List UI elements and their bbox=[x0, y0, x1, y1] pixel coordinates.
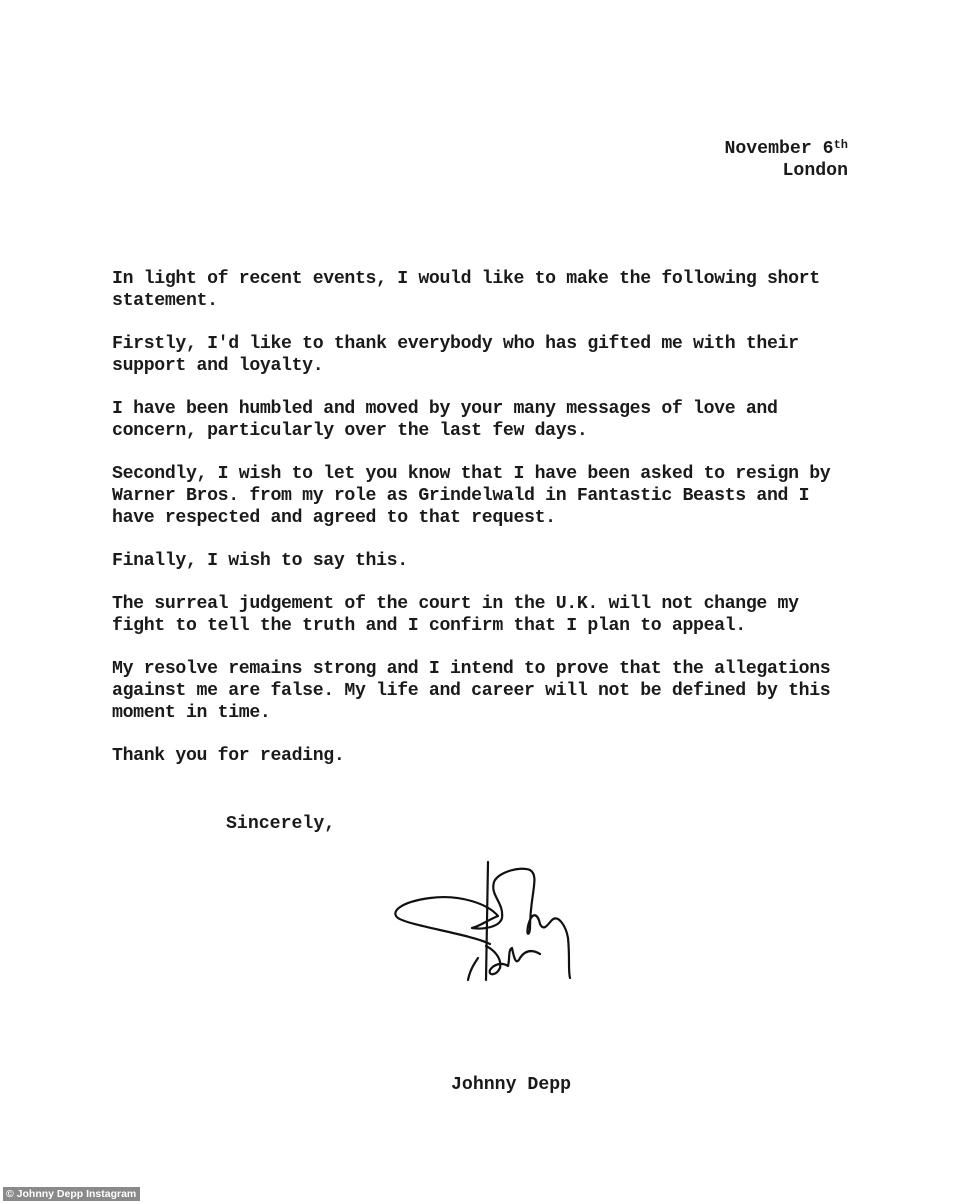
paragraph: Finally, I wish to say this. bbox=[112, 550, 852, 572]
letter-page: November 6th London In light of recent e… bbox=[0, 0, 962, 1203]
paragraph: Secondly, I wish to let you know that I … bbox=[112, 463, 852, 529]
paragraph: Firstly, I'd like to thank everybody who… bbox=[112, 333, 852, 377]
paragraph: My resolve remains strong and I intend t… bbox=[112, 658, 852, 724]
signature-icon bbox=[390, 858, 580, 988]
letter-header: November 6th London bbox=[724, 138, 848, 182]
signer-name: Johnny Depp bbox=[451, 1074, 571, 1096]
letter-body: In light of recent events, I would like … bbox=[112, 268, 852, 788]
date-text: November 6 bbox=[724, 139, 833, 159]
paragraph: I have been humbled and moved by your ma… bbox=[112, 398, 852, 442]
photo-credit: © Johnny Depp Instagram bbox=[3, 1187, 140, 1201]
closing: Sincerely, bbox=[226, 813, 335, 835]
paragraph: Thank you for reading. bbox=[112, 745, 852, 767]
paragraph: In light of recent events, I would like … bbox=[112, 268, 852, 312]
date-suffix: th bbox=[834, 138, 848, 152]
letter-date: November 6th bbox=[724, 138, 848, 160]
paragraph: The surreal judgement of the court in th… bbox=[112, 593, 852, 637]
letter-location: London bbox=[724, 160, 848, 182]
